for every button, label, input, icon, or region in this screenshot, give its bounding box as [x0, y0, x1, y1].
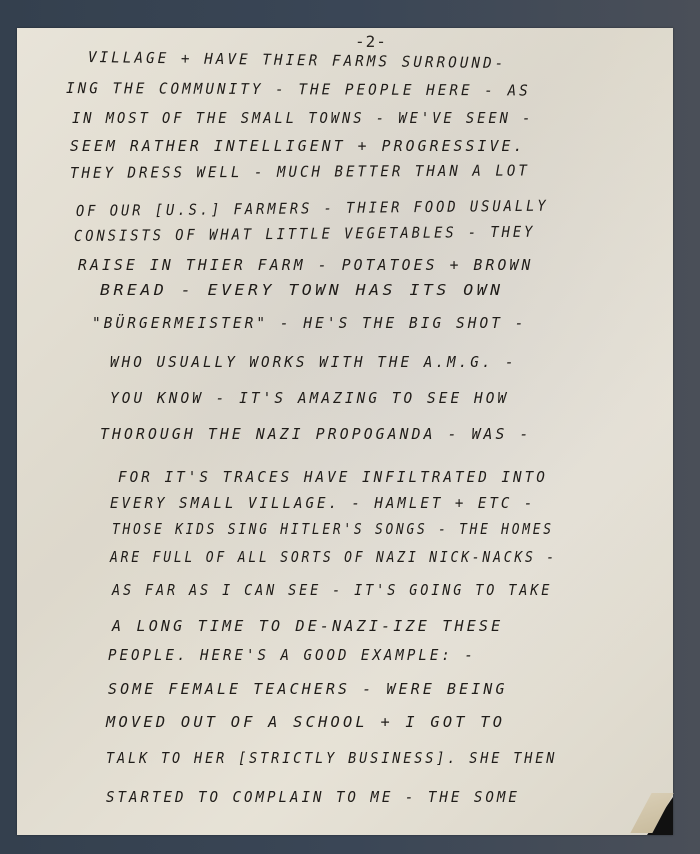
letter-line-10: "BÜRGERMEISTER" - HE'S THE BIG SHOT - — [92, 314, 526, 332]
letter-line-11: WHO USUALLY WORKS WITH THE A.M.G. - — [110, 353, 517, 371]
letter-line-4: SEEM RATHER INTELLIGENT + PROGRESSIVE. — [70, 137, 525, 155]
letter-line-9: BREAD - EVERY TOWN HAS ITS OWN — [100, 281, 504, 299]
letter-line-22: MOVED OUT OF A SCHOOL + I GOT TO — [106, 713, 505, 731]
letter-line-17: ARE FULL OF ALL SORTS OF NAZI NICK-NACKS… — [110, 548, 557, 566]
letter-line-13: THOROUGH THE NAZI PROPOGANDA - WAS - — [100, 425, 532, 443]
page-number: -2- — [355, 32, 387, 51]
letter-line-8: RAISE IN THIER FARM - POTATOES + BROWN — [78, 256, 533, 274]
letter-line-14: FOR IT'S TRACES HAVE INFILTRATED INTO — [118, 468, 548, 486]
letter-line-12: YOU KNOW - IT'S AMAZING TO SEE HOW — [110, 389, 509, 407]
letter-line-3: IN MOST OF THE SMALL TOWNS - WE'VE SEEN … — [72, 109, 533, 127]
letter-line-16: THOSE KIDS SING HITLER'S SONGS - THE HOM… — [112, 520, 554, 538]
letter-line-5: THEY DRESS WELL - MUCH BETTER THAN A LOT — [70, 161, 530, 182]
letter-line-19: A LONG TIME TO DE-NAZI-IZE THESE — [112, 617, 503, 635]
letter-line-2: ING THE COMMUNITY - THE PEOPLE HERE - AS — [66, 79, 531, 100]
letter-line-24: STARTED TO COMPLAIN TO ME - THE SOME — [106, 788, 520, 806]
letter-line-23: TALK TO HER [STRICTLY BUSINESS]. SHE THE… — [106, 749, 557, 767]
letter-line-21: SOME FEMALE TEACHERS - WERE BEING — [108, 680, 508, 698]
letter-line-20: PEOPLE. HERE'S A GOOD EXAMPLE: - — [108, 646, 476, 664]
letter-line-18: AS FAR AS I CAN SEE - IT'S GOING TO TAKE — [112, 581, 552, 599]
letter-line-15: EVERY SMALL VILLAGE. - HAMLET + ETC - — [110, 494, 535, 512]
